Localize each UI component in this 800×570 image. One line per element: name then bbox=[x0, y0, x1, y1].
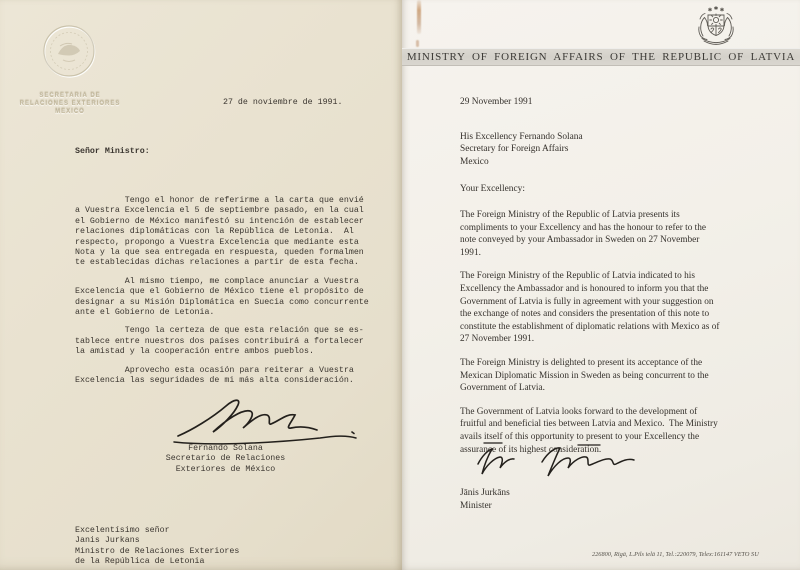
mexican-signature-block: Fernando Solana Secretario de Relaciones… bbox=[138, 444, 313, 475]
mexican-paragraph-1: Tengo el honor de referirme a la carta q… bbox=[75, 196, 397, 269]
mexican-addressee-block: Excelentísimo señor Janis Jurkans Minist… bbox=[75, 526, 239, 567]
mexico-embossed-seal-icon bbox=[40, 22, 98, 85]
latvian-paragraph-3: The Foreign Ministry is delighted to pre… bbox=[460, 357, 770, 395]
mexican-paragraph-3: Tengo la certeza de que esta relación qu… bbox=[75, 326, 397, 357]
mexican-letter-page: SECRETARIA DE RELACIONES EXTERIORES MEXI… bbox=[0, 0, 402, 570]
mexican-paragraph-2: Al mismo tiempo, me complace anunciar a … bbox=[75, 277, 397, 319]
mexican-letter-date: 27 de noviembre de 1991. bbox=[223, 98, 343, 107]
latvia-coat-of-arms-icon bbox=[687, 5, 745, 52]
mexican-paragraph-4: Aprovecho esta ocasión para reiterar a V… bbox=[75, 366, 397, 387]
latvian-letter-date: 29 November 1991 bbox=[460, 97, 532, 107]
mexico-seal-caption: SECRETARIA DE RELACIONES EXTERIORES MEXI… bbox=[18, 92, 122, 116]
latvian-addressee-block: His Excellency Fernando Solana Secretary… bbox=[460, 131, 583, 168]
rust-stain bbox=[417, 0, 421, 34]
rust-stain-speck bbox=[416, 40, 419, 47]
mexican-letter-body: Tengo el honor de referirme a la carta q… bbox=[75, 196, 397, 395]
latvian-paragraph-1: The Foreign Ministry of the Republic of … bbox=[460, 209, 770, 259]
latvian-paragraph-2: The Foreign Ministry of the Republic of … bbox=[460, 270, 770, 346]
latvian-signature-name: Jānis Jurkāns bbox=[460, 488, 510, 498]
latvian-letter-body: The Foreign Ministry of the Republic of … bbox=[460, 209, 770, 467]
latvian-letter-page: MINISTRY OF FOREIGN AFFAIRS OF THE REPUB… bbox=[402, 0, 800, 570]
ministry-header-title: MINISTRY OF FOREIGN AFFAIRS OF THE REPUB… bbox=[407, 51, 795, 63]
scanned-diplomatic-letters: SECRETARIA DE RELACIONES EXTERIORES MEXI… bbox=[0, 0, 800, 570]
jurkans-signature bbox=[454, 434, 664, 491]
latvian-letter-salutation: Your Excellency: bbox=[460, 184, 525, 194]
latvian-letterhead-footer: 226800, Rīgā, L.Pils ielā 11, Tel.:22007… bbox=[592, 551, 782, 558]
latvian-signature-title: Minister bbox=[460, 501, 492, 511]
ministry-header-band: MINISTRY OF FOREIGN AFFAIRS OF THE REPUB… bbox=[402, 48, 800, 66]
mexican-letter-salutation: Señor Ministro: bbox=[75, 147, 150, 156]
